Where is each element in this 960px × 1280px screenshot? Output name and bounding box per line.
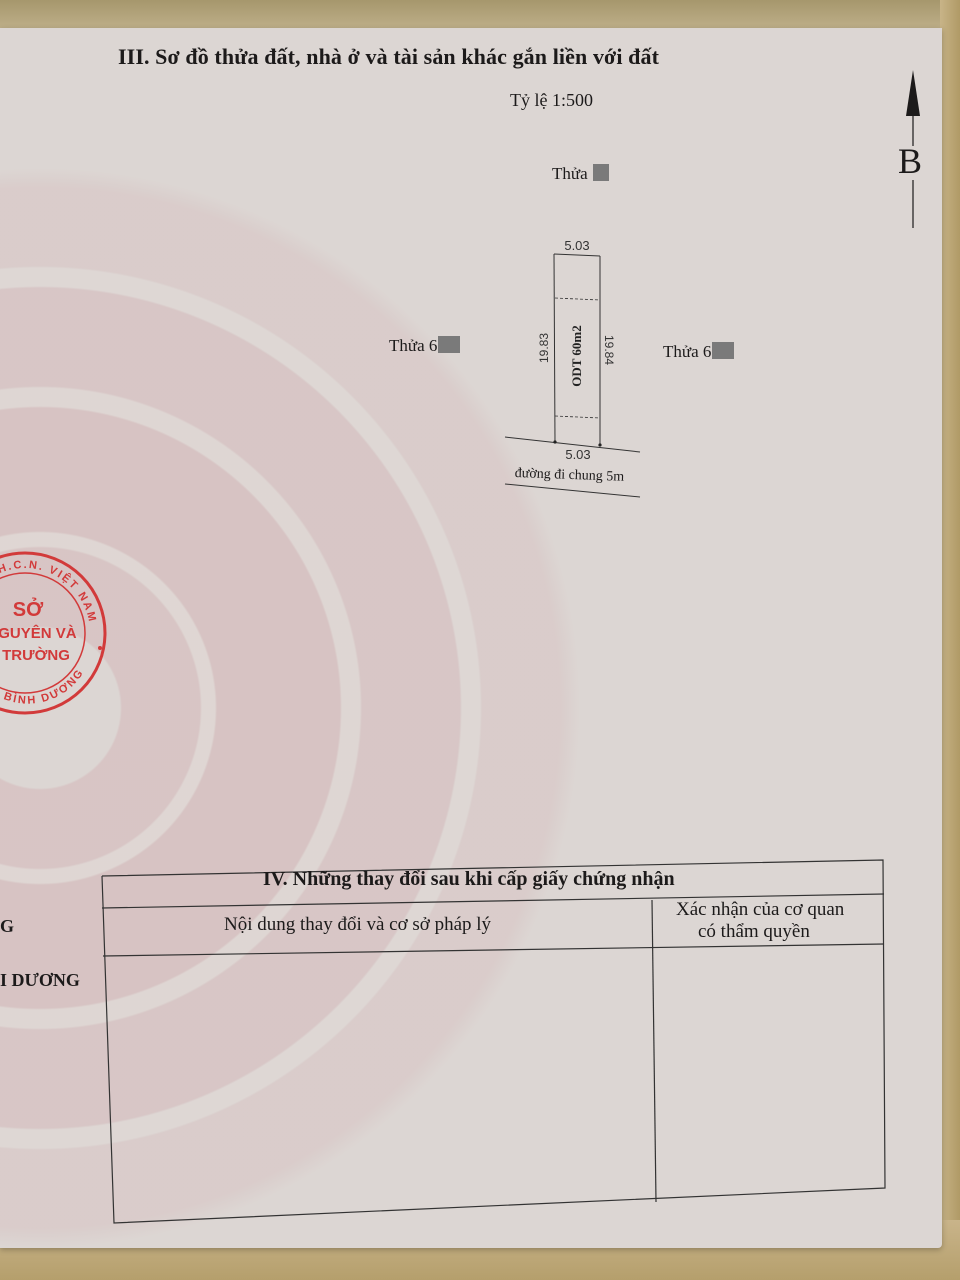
redacted-mark — [712, 342, 734, 359]
section-iii-title: III. Sơ đồ thửa đất, nhà ở và tài sản kh… — [118, 44, 659, 70]
scale-label: Tỷ lệ 1:500 — [510, 90, 593, 111]
official-seal-stamp: X.H.C.N. VIỆT NAM BÌNH DƯƠNG SỞ NGUYÊN V… — [0, 548, 110, 718]
length-left: 19.83 — [537, 333, 551, 363]
wood-background-right — [940, 0, 960, 1280]
land-use-label: ODT 60m2 — [569, 325, 584, 387]
stamp-line-2: NGUYÊN VÀ — [0, 624, 77, 642]
column-header-confirmation-1: Xác nhận của cơ quan — [676, 899, 844, 921]
length-right: 19.84 — [602, 335, 616, 365]
stamp-line-3: ÔI TRƯỜNG — [0, 646, 70, 664]
redacted-mark — [438, 336, 460, 353]
svg-text:BÌNH DƯƠNG: BÌNH DƯƠNG — [2, 666, 86, 706]
width-bottom: 5.03 — [565, 447, 590, 462]
section-iv-title: IV. Những thay đổi sau khi cấp giấy chứn… — [263, 868, 675, 891]
left-edge-text-2: I DƯƠNG — [0, 970, 80, 991]
parcel-label-left: Thửa 6 — [389, 336, 460, 356]
left-edge-text-1: G — [0, 916, 14, 937]
stamp-line-1: SỞ — [13, 597, 44, 621]
wood-background-top — [0, 0, 960, 30]
parcel-label-top: Thửa — [552, 164, 609, 184]
redacted-mark — [593, 164, 609, 181]
column-header-confirmation-2: có thẩm quyền — [698, 921, 810, 943]
width-top: 5.03 — [564, 238, 589, 253]
north-label: B — [898, 140, 922, 182]
column-header-content: Nội dung thay đổi và cơ sở pháp lý — [224, 914, 491, 936]
parcel-label-right: Thửa 6 — [663, 342, 734, 362]
stamp-bottom-arc: BÌNH DƯƠNG — [2, 666, 86, 706]
